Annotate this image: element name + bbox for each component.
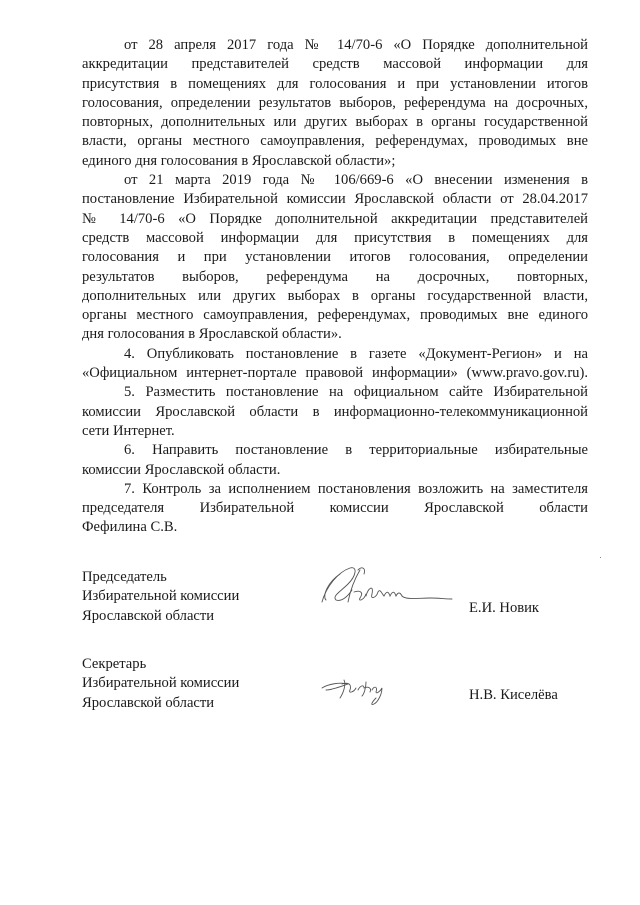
paragraph-resolution-2017: от 28 апреля 2017 года № 14/70-6 «О Поря… (82, 36, 588, 171)
text-line: средств массовой информации для присутст… (82, 229, 588, 248)
text-line: голосования и при установлении итогов го… (82, 248, 588, 267)
item-7-control: 7. Контроль за исполнением постановления… (82, 480, 588, 538)
chairman-title-line: Ярославской области (82, 607, 239, 626)
text-line: голосования, определении результатов выб… (82, 94, 588, 113)
text-line: дополнительных или других выборах в орга… (82, 287, 588, 306)
secretary-title-line: Избирательной комиссии (82, 674, 239, 693)
text-line: 4. Опубликовать постановление в газете «… (82, 345, 588, 364)
scan-speck (600, 557, 601, 558)
secretary-name: Н.В. Киселёва (469, 687, 558, 704)
text-line: сети Интернет. (82, 422, 588, 441)
item-5-website: 5. Разместить постановление на официальн… (82, 383, 588, 441)
chairman-title-line: Председатель (82, 568, 239, 587)
item-4-publish: 4. Опубликовать постановление в газете «… (82, 345, 588, 384)
secretary-title: Секретарь Избирательной комиссии Ярослав… (82, 655, 239, 713)
text-line: комиссии Ярославской области в информаци… (82, 403, 588, 422)
text-line: Фефилина С.В. (82, 518, 588, 537)
text-line: от 28 апреля 2017 года № 14/70-6 «О Поря… (82, 36, 588, 55)
text-line: от 21 марта 2019 года № 106/669-6 «О вне… (82, 171, 588, 190)
text-line: органы местного самоуправления, референд… (82, 306, 588, 325)
text-line: единого дня голосования в Ярославской об… (82, 152, 588, 171)
text-line: комиссии Ярославской области. (82, 461, 588, 480)
text-line: «Официальном интернет-портале правовой и… (82, 364, 588, 383)
secretary-signature-icon (318, 674, 408, 710)
secretary-title-line: Секретарь (82, 655, 239, 674)
secretary-title-line: Ярославской области (82, 694, 239, 713)
text-line: повторных, дополнительных или других выб… (82, 113, 588, 132)
text-line: аккредитации представителей средств масс… (82, 55, 588, 74)
text-line: председателя Избирательной комиссии Ярос… (82, 499, 588, 518)
paragraph-resolution-2019: от 21 марта 2019 года № 106/669-6 «О вне… (82, 171, 588, 345)
text-line: постановление Избирательной комиссии Яро… (82, 190, 588, 209)
chairman-name: Е.И. Новик (469, 600, 539, 617)
item-6-send: 6. Направить постановление в территориал… (82, 441, 588, 480)
chairman-title: Председатель Избирательной комиссии Ярос… (82, 568, 239, 626)
text-line: присутствия в помещениях для голосования… (82, 75, 588, 94)
text-line: 7. Контроль за исполнением постановления… (82, 480, 588, 499)
text-line: № 14/70-6 «О Порядке дополнительной аккр… (82, 210, 588, 229)
text-line: дня голосования в Ярославской области». (82, 325, 588, 344)
text-line: 6. Направить постановление в территориал… (82, 441, 588, 460)
text-line: власти, органы местного самоуправления, … (82, 132, 588, 151)
chairman-signature-icon (318, 562, 468, 622)
chairman-title-line: Избирательной комиссии (82, 587, 239, 606)
document-body: от 28 апреля 2017 года № 14/70-6 «О Поря… (82, 36, 588, 538)
text-line: результатов выборов, референдума на доср… (82, 268, 588, 287)
document-page: от 28 апреля 2017 года № 14/70-6 «О Поря… (0, 0, 640, 905)
text-line: 5. Разместить постановление на официальн… (82, 383, 588, 402)
